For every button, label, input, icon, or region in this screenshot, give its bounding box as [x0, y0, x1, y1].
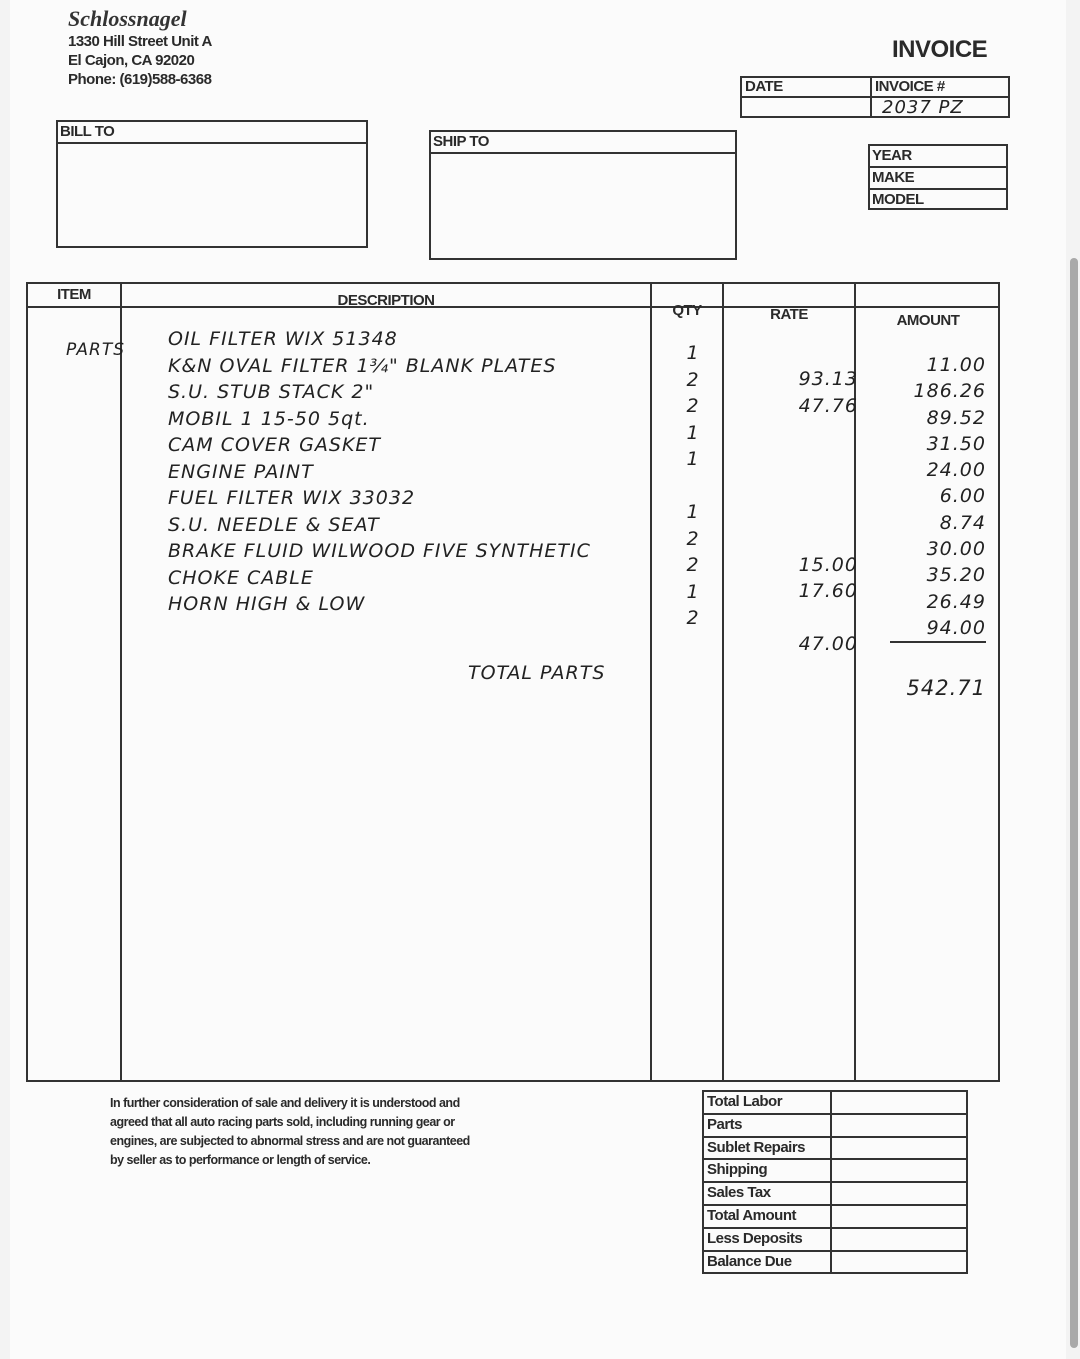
summary-label: Balance Due: [704, 1252, 832, 1273]
description-list: OIL FILTER WIX 51348 K&N OVAL FILTER 1¾"…: [168, 326, 591, 618]
vehicle-model-field[interactable]: MODEL: [870, 190, 1006, 210]
line-item-qty: 2: [678, 552, 708, 579]
vehicle-info-box: YEAR MAKE MODEL: [868, 144, 1008, 210]
column-header-rate: RATE: [724, 306, 854, 323]
bill-to-label: BILL TO: [58, 122, 366, 144]
line-item-qty: 1: [678, 579, 708, 606]
line-item-rate: [758, 605, 858, 632]
line-item-description: OIL FILTER WIX 51348: [168, 326, 591, 353]
line-item-description: ENGINE PAINT: [168, 459, 591, 486]
line-item-description: FUEL FILTER WIX 33032: [168, 485, 591, 512]
total-parts-label: TOTAL PARTS: [468, 662, 605, 684]
ship-to-box[interactable]: SHIP TO: [429, 130, 737, 260]
date-invoice-box: DATE INVOICE # 2037 PZ: [740, 76, 1010, 118]
line-item-amount: 8.74: [890, 510, 986, 536]
line-item-amount: 94.00: [890, 615, 986, 643]
vehicle-year-field[interactable]: YEAR: [870, 146, 1006, 168]
summary-row-balance-due: Balance Due: [704, 1252, 966, 1273]
line-item-description: CAM COVER GASKET: [168, 432, 591, 459]
summary-row-total-amount: Total Amount: [704, 1206, 966, 1229]
column-header-description: DESCRIPTION: [122, 292, 650, 309]
column-header-qty: QTY: [652, 302, 722, 319]
line-item-rate: 47.76: [758, 393, 858, 420]
line-item-qty: 2: [678, 605, 708, 632]
line-item-amount: 89.52: [890, 405, 986, 431]
line-item-rate: [758, 525, 858, 552]
ship-to-label: SHIP TO: [431, 132, 735, 154]
line-item-rate: [758, 419, 858, 446]
line-item-description: CHOKE CABLE: [168, 565, 591, 592]
line-item-rate: [758, 472, 858, 499]
summary-label: Shipping: [704, 1160, 832, 1181]
document-title: INVOICE: [892, 36, 987, 64]
date-field[interactable]: DATE: [742, 78, 872, 118]
column-header-amount: AMOUNT: [856, 312, 1000, 329]
column-divider: [650, 284, 652, 1080]
line-item-rate: 47.00: [758, 631, 858, 658]
line-item-qty: 2: [678, 526, 708, 553]
vertical-scrollbar[interactable]: [1070, 258, 1078, 1348]
line-item-rate: 15.00: [758, 552, 858, 579]
line-item-amount: 6.00: [890, 483, 986, 509]
company-name: Schlossnagel: [68, 6, 212, 32]
item-category: PARTS: [66, 340, 125, 360]
invoice-number-field[interactable]: INVOICE # 2037 PZ: [872, 78, 1008, 118]
summary-value[interactable]: [832, 1252, 966, 1273]
vehicle-make-field[interactable]: MAKE: [870, 168, 1006, 190]
line-item-description: BRAKE FLUID WILWOOD FIVE SYNTHETIC: [168, 538, 591, 565]
summary-value[interactable]: [832, 1160, 966, 1181]
column-header-item: ITEM: [28, 286, 120, 303]
line-item-qty: 1: [678, 446, 708, 473]
summary-row-parts: Parts: [704, 1115, 966, 1138]
line-item-description: HORN HIGH & LOW: [168, 591, 591, 618]
line-item-description: S.U. NEEDLE & SEAT: [168, 512, 591, 539]
line-item-rate: 17.60: [758, 578, 858, 605]
date-label: DATE: [742, 78, 870, 98]
terms-disclaimer: In further consideration of sale and del…: [110, 1094, 470, 1170]
column-divider: [722, 284, 724, 1080]
summary-label: Total Amount: [704, 1206, 832, 1227]
line-item-amount: 30.00: [890, 536, 986, 562]
summary-row-sublet-repairs: Sublet Repairs: [704, 1138, 966, 1161]
line-item-rate: [758, 499, 858, 526]
line-item-qty: 1: [678, 420, 708, 447]
line-item-qty: 2: [678, 367, 708, 394]
summary-label: Sales Tax: [704, 1183, 832, 1204]
summary-row-sales-tax: Sales Tax: [704, 1183, 966, 1206]
summary-label: Total Labor: [704, 1092, 832, 1113]
total-parts-value: 542.71: [890, 676, 986, 700]
line-item-amount: 11.00: [890, 352, 986, 378]
line-item-description: K&N OVAL FILTER 1¾" BLANK PLATES: [168, 353, 591, 380]
summary-row-total-labor: Total Labor: [704, 1092, 966, 1115]
summary-label: Sublet Repairs: [704, 1138, 832, 1159]
summary-table: Total Labor Parts Sublet Repairs Shippin…: [702, 1090, 968, 1274]
company-address-line2: El Cajon, CA 92020: [68, 51, 212, 70]
invoice-number-value: 2037 PZ: [872, 98, 1008, 118]
line-item-rate: 93.13: [758, 366, 858, 393]
line-item-amount: 24.00: [890, 457, 986, 483]
column-divider: [120, 284, 122, 1080]
line-item-description: S.U. STUB STACK 2": [168, 379, 591, 406]
line-item-amount: 186.26: [890, 378, 986, 404]
company-address-line1: 1330 Hill Street Unit A: [68, 32, 212, 51]
summary-value[interactable]: [832, 1183, 966, 1204]
invoice-number-label: INVOICE #: [872, 78, 1008, 98]
line-item-amount: 31.50: [890, 431, 986, 457]
summary-value[interactable]: [832, 1229, 966, 1250]
company-phone: Phone: (619)588-6368: [68, 70, 212, 89]
summary-label: Parts: [704, 1115, 832, 1136]
line-item-qty: 2: [678, 393, 708, 420]
line-item-qty: [678, 473, 708, 500]
invoice-page: Schlossnagel 1330 Hill Street Unit A El …: [10, 0, 1066, 1359]
summary-value[interactable]: [832, 1206, 966, 1227]
line-item-qty: 1: [678, 499, 708, 526]
line-item-amount: 26.49: [890, 589, 986, 615]
line-item-qty: 1: [678, 340, 708, 367]
summary-value[interactable]: [832, 1115, 966, 1136]
summary-label: Less Deposits: [704, 1229, 832, 1250]
line-items-table: ITEM DESCRIPTION QTY RATE AMOUNT PARTS O…: [26, 282, 1000, 1082]
rate-list: 93.13 47.76 15.00 17.60 47.00: [758, 366, 858, 658]
bill-to-box[interactable]: BILL TO: [56, 120, 368, 248]
quantity-list: 1 2 2 1 1 1 2 2 1 2: [678, 340, 708, 632]
summary-value[interactable]: [832, 1138, 966, 1159]
summary-value[interactable]: [832, 1092, 966, 1113]
line-item-description: MOBIL 1 15-50 5qt.: [168, 406, 591, 433]
company-header: Schlossnagel 1330 Hill Street Unit A El …: [68, 6, 212, 89]
summary-row-less-deposits: Less Deposits: [704, 1229, 966, 1252]
line-item-rate: [758, 446, 858, 473]
amount-list: 11.00 186.26 89.52 31.50 24.00 6.00 8.74…: [890, 352, 986, 643]
summary-row-shipping: Shipping: [704, 1160, 966, 1183]
line-item-amount: 35.20: [890, 562, 986, 588]
